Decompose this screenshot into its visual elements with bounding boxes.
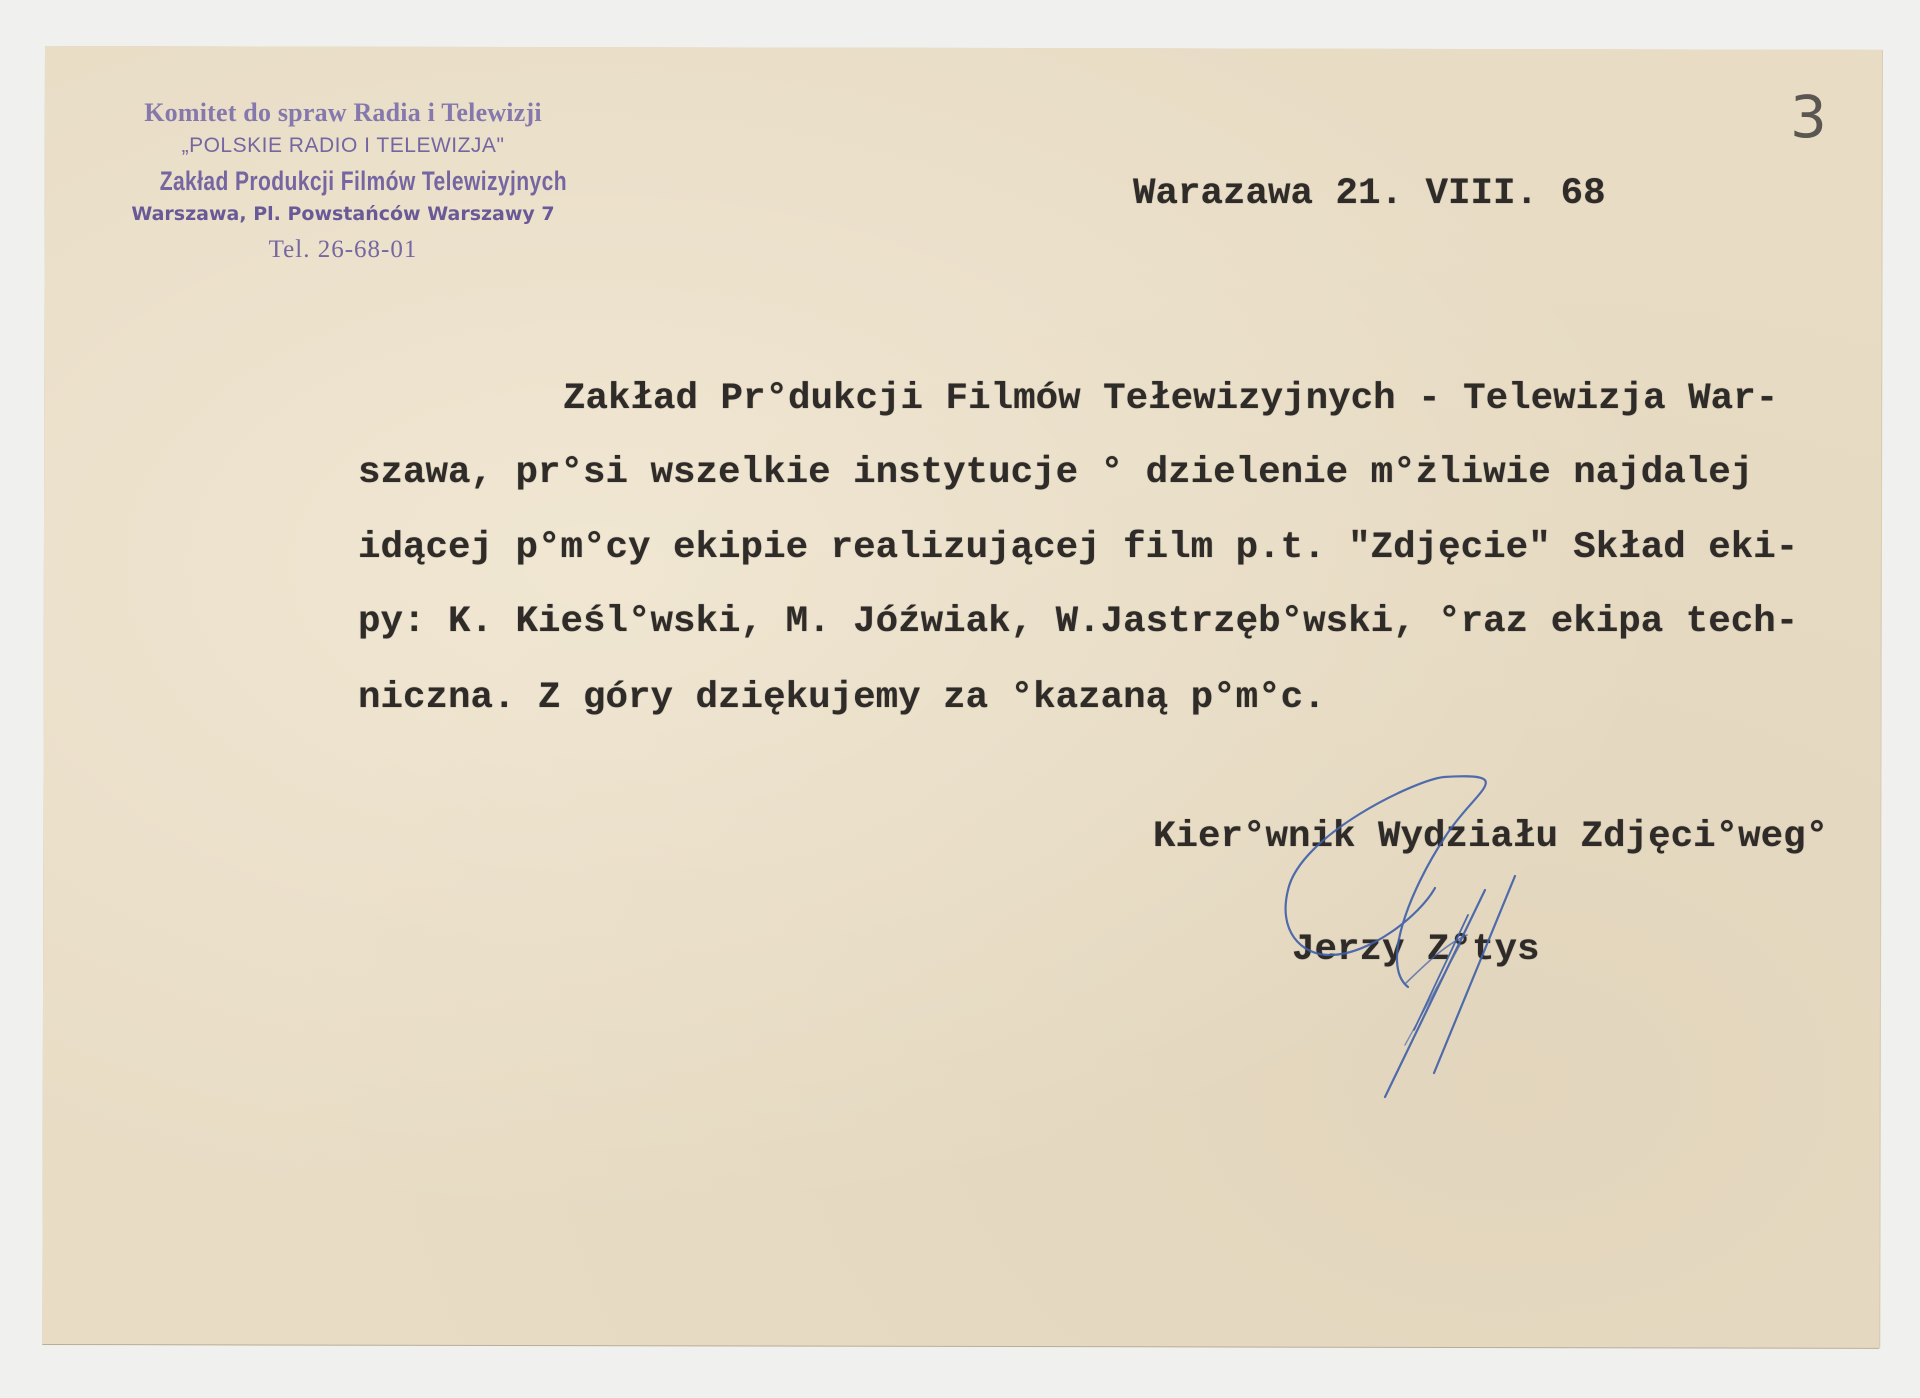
body-line: Zakład Pr°dukcji Filmów Tełewizyjnych - … <box>563 381 1778 419</box>
signatory-name: Jerzy Z°tys <box>1292 932 1540 970</box>
body-line: niczna. Z góry dziękujemy za °kazaną p°m… <box>358 680 1326 718</box>
stamp-line-address: Warszawa, Pl. Powstańców Warszawy 7 <box>108 205 578 237</box>
stamp-line-zaklad: Zakład Produkcji Filmów Telewizyjnych <box>160 168 527 205</box>
body-line: szawa, pr°si wszelkie instytucje ° dziel… <box>358 455 1753 493</box>
stamp-line-polskie-radio: „POLSKIE RADIO I TELEWIZJA" <box>108 135 578 168</box>
stamp-line-phone: Tel. 26-68-01 <box>108 237 578 267</box>
body-line: py: K. Kieśl°wski, M. Jóźwiak, W.Jastrzę… <box>358 604 1798 642</box>
institution-stamp: Komitet do spraw Radia i Telewizji „POLS… <box>108 100 578 267</box>
closing-title: Kier°wnik Wydziału Zdjęci°weg° <box>1153 819 1828 857</box>
body-line: idącej p°m°cy ekipie realizującej film p… <box>358 530 1798 568</box>
date-line: Warazawa 21. VIII. 68 <box>1133 176 1606 214</box>
handwritten-page-number: 3 <box>1790 88 1827 146</box>
stamp-line-committee: Komitet do spraw Radia i Telewizji <box>108 100 578 135</box>
